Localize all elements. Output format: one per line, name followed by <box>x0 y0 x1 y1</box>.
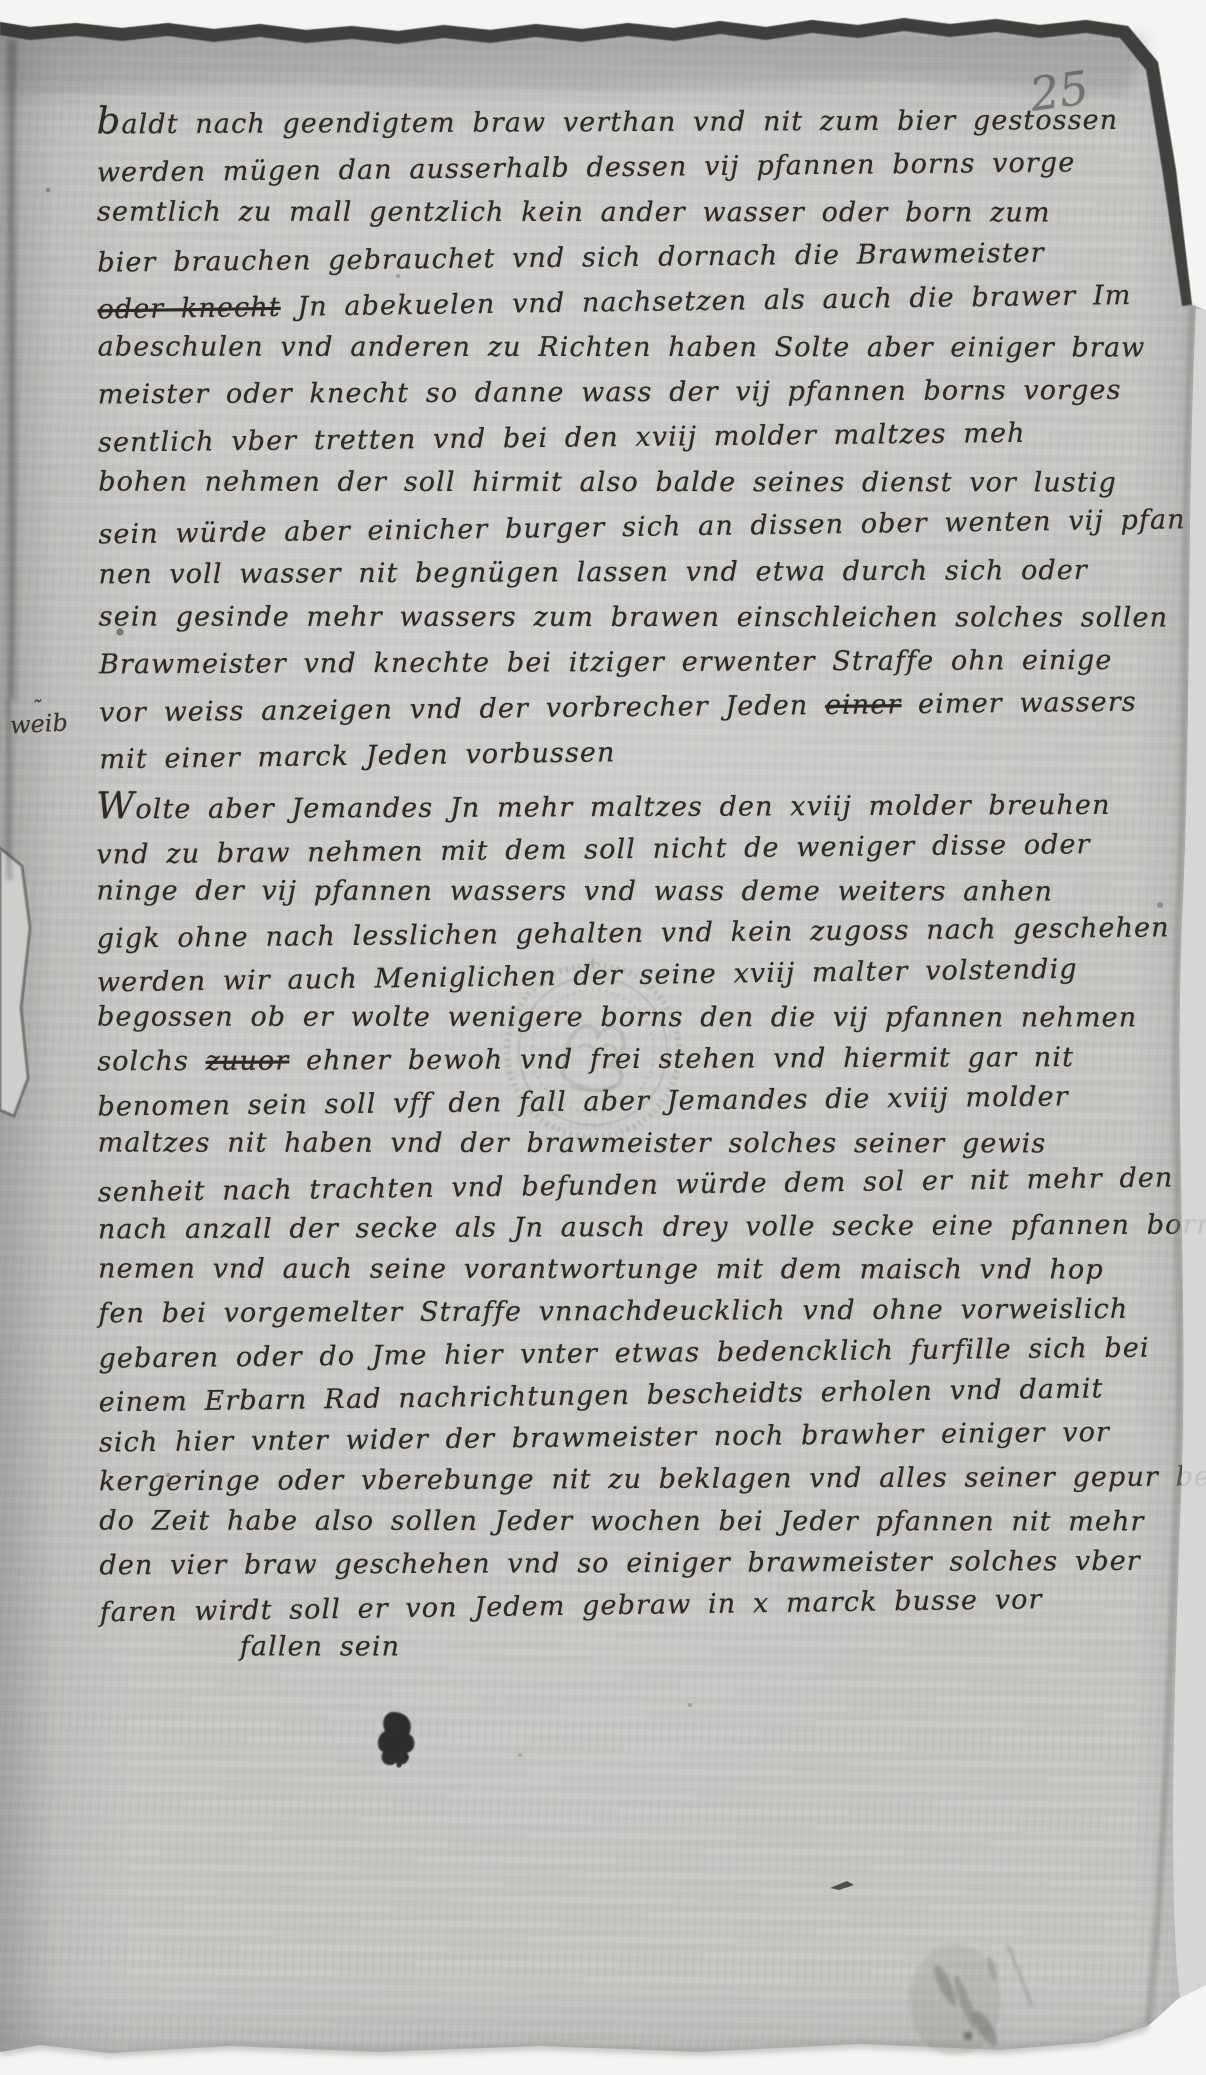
manuscript-line: nemen vnd auch seine vorantwortunge mit … <box>98 1249 1158 1292</box>
manuscript-line: benomen sein soll vff den fall aber Jema… <box>97 1075 1157 1128</box>
manuscript-line: meister oder knecht so danne wass der vi… <box>98 368 1158 418</box>
manuscript-line: Wolte aber Jemandes Jn mehr maltzes den … <box>96 781 1156 832</box>
text-block: baldt nach geendigtem braw verthan vnd n… <box>98 96 1158 1669</box>
manuscript-line: bohen nehmen der soll hirmit also balde … <box>98 460 1158 506</box>
manuscript-line: ninge der vij pfannen wassers vnd wass d… <box>97 871 1157 914</box>
manuscript-line: abeschulen vnd anderen zu Richten haben … <box>98 325 1158 371</box>
paragraph: baldt nach geendigtem braw verthan vnd n… <box>97 94 1160 778</box>
struck-text: zuuor <box>206 1045 290 1076</box>
struck-text: einer <box>825 689 902 721</box>
manuscript-line: semtlich zu mall gentzlich kein ander wa… <box>97 190 1157 236</box>
struck-text: oder knecht <box>97 292 281 326</box>
abbreviation-mark: ˜ <box>31 698 42 718</box>
manuscript-line: sentlich vber tretten vnd bei den xviij … <box>98 409 1158 465</box>
manuscript-line: begossen ob er wolte wenigere borns den … <box>97 997 1157 1040</box>
manuscript-line: sein gesinde mehr wassers zum brawen ein… <box>99 595 1159 641</box>
manuscript-line: do Zeit habe also sollen Jeder wochen be… <box>99 1501 1159 1544</box>
page-number: 25 <box>1027 64 1091 118</box>
manuscript-line: baldt nach geendigtem braw verthan vnd n… <box>97 94 1157 148</box>
manuscript-line: fallen sein <box>240 1626 1160 1669</box>
manuscript-line: kergeringe oder vberebunge nit zu beklag… <box>99 1457 1159 1504</box>
paragraph: Wolte aber Jemandes Jn mehr maltzes den … <box>96 781 1160 1672</box>
manuscript-line: werden mügen dan ausserhalb dessen vij p… <box>97 139 1157 195</box>
manuscript-line: Brawmeister vnd knechte bei itziger erwe… <box>99 638 1159 688</box>
margin-note: ˜ weib <box>9 711 68 738</box>
manuscript-line: vnd zu braw nehmen mit dem soll nicht de… <box>96 823 1156 876</box>
